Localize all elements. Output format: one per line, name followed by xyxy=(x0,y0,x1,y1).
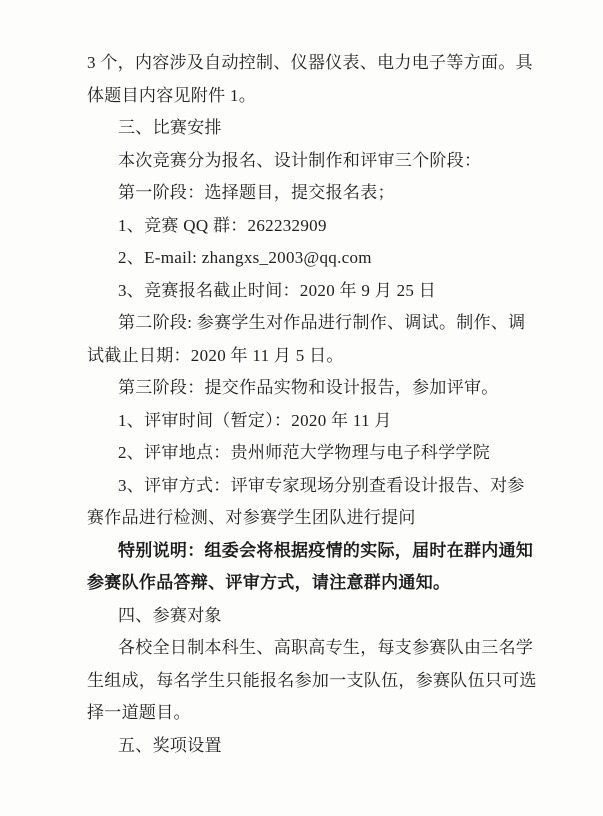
text-line: 试截止日期：2020 年 11 月 5 日。 xyxy=(87,340,549,373)
qq-group-line: 1、竞赛 QQ 群：262232909 xyxy=(87,210,549,243)
section-heading-awards: 五、奖项设置 xyxy=(87,730,549,763)
text-line: 本次竞赛分为报名、设计制作和评审三个阶段： xyxy=(87,145,549,178)
review-location-line: 2、评审地点：贵州师范大学物理与电子科学学院 xyxy=(87,437,549,470)
text-line: 生组成，每名学生只能报名参加一支队伍，参赛队伍只可选 xyxy=(87,665,549,698)
section-heading-participants: 四、参赛对象 xyxy=(87,600,549,633)
email-line: 2、E-mail: zhangxs_2003@qq.com xyxy=(87,242,549,275)
text-line: 各校全日制本科生、高职高专生，每支参赛队由三名学 xyxy=(87,632,549,665)
text-line: 择一道题目。 xyxy=(87,697,549,730)
stage-one-line: 第一阶段：选择题目，提交报名表； xyxy=(87,177,549,210)
section-heading-competition-schedule: 三、比赛安排 xyxy=(87,112,549,145)
document-text-block: 3 个，内容涉及自动控制、仪器仪表、电力电子等方面。具 体题目内容见附件 1。 … xyxy=(87,47,549,762)
special-note-line: 特别说明：组委会将根据疫情的实际，届时在群内通知 xyxy=(87,535,549,568)
stage-two-line: 第二阶段: 参赛学生对作品进行制作、调试。制作、调 xyxy=(87,307,549,340)
stage-three-line: 第三阶段：提交作品实物和设计报告，参加评审。 xyxy=(87,372,549,405)
review-method-line: 3、评审方式：评审专家现场分别查看设计报告、对参 xyxy=(87,470,549,503)
text-line: 赛作品进行检测、对参赛学生团队进行提问 xyxy=(87,502,549,535)
document-page: 3 个，内容涉及自动控制、仪器仪表、电力电子等方面。具 体题目内容见附件 1。 … xyxy=(0,0,603,816)
special-note-line: 参赛队作品答辩、评审方式，请注意群内通知。 xyxy=(87,567,549,600)
text-line: 体题目内容见附件 1。 xyxy=(87,80,549,113)
review-time-line: 1、评审时间（暂定）：2020 年 11 月 xyxy=(87,405,549,438)
text-line: 3 个，内容涉及自动控制、仪器仪表、电力电子等方面。具 xyxy=(87,47,549,80)
registration-deadline-line: 3、竞赛报名截止时间：2020 年 9 月 25 日 xyxy=(87,275,549,308)
